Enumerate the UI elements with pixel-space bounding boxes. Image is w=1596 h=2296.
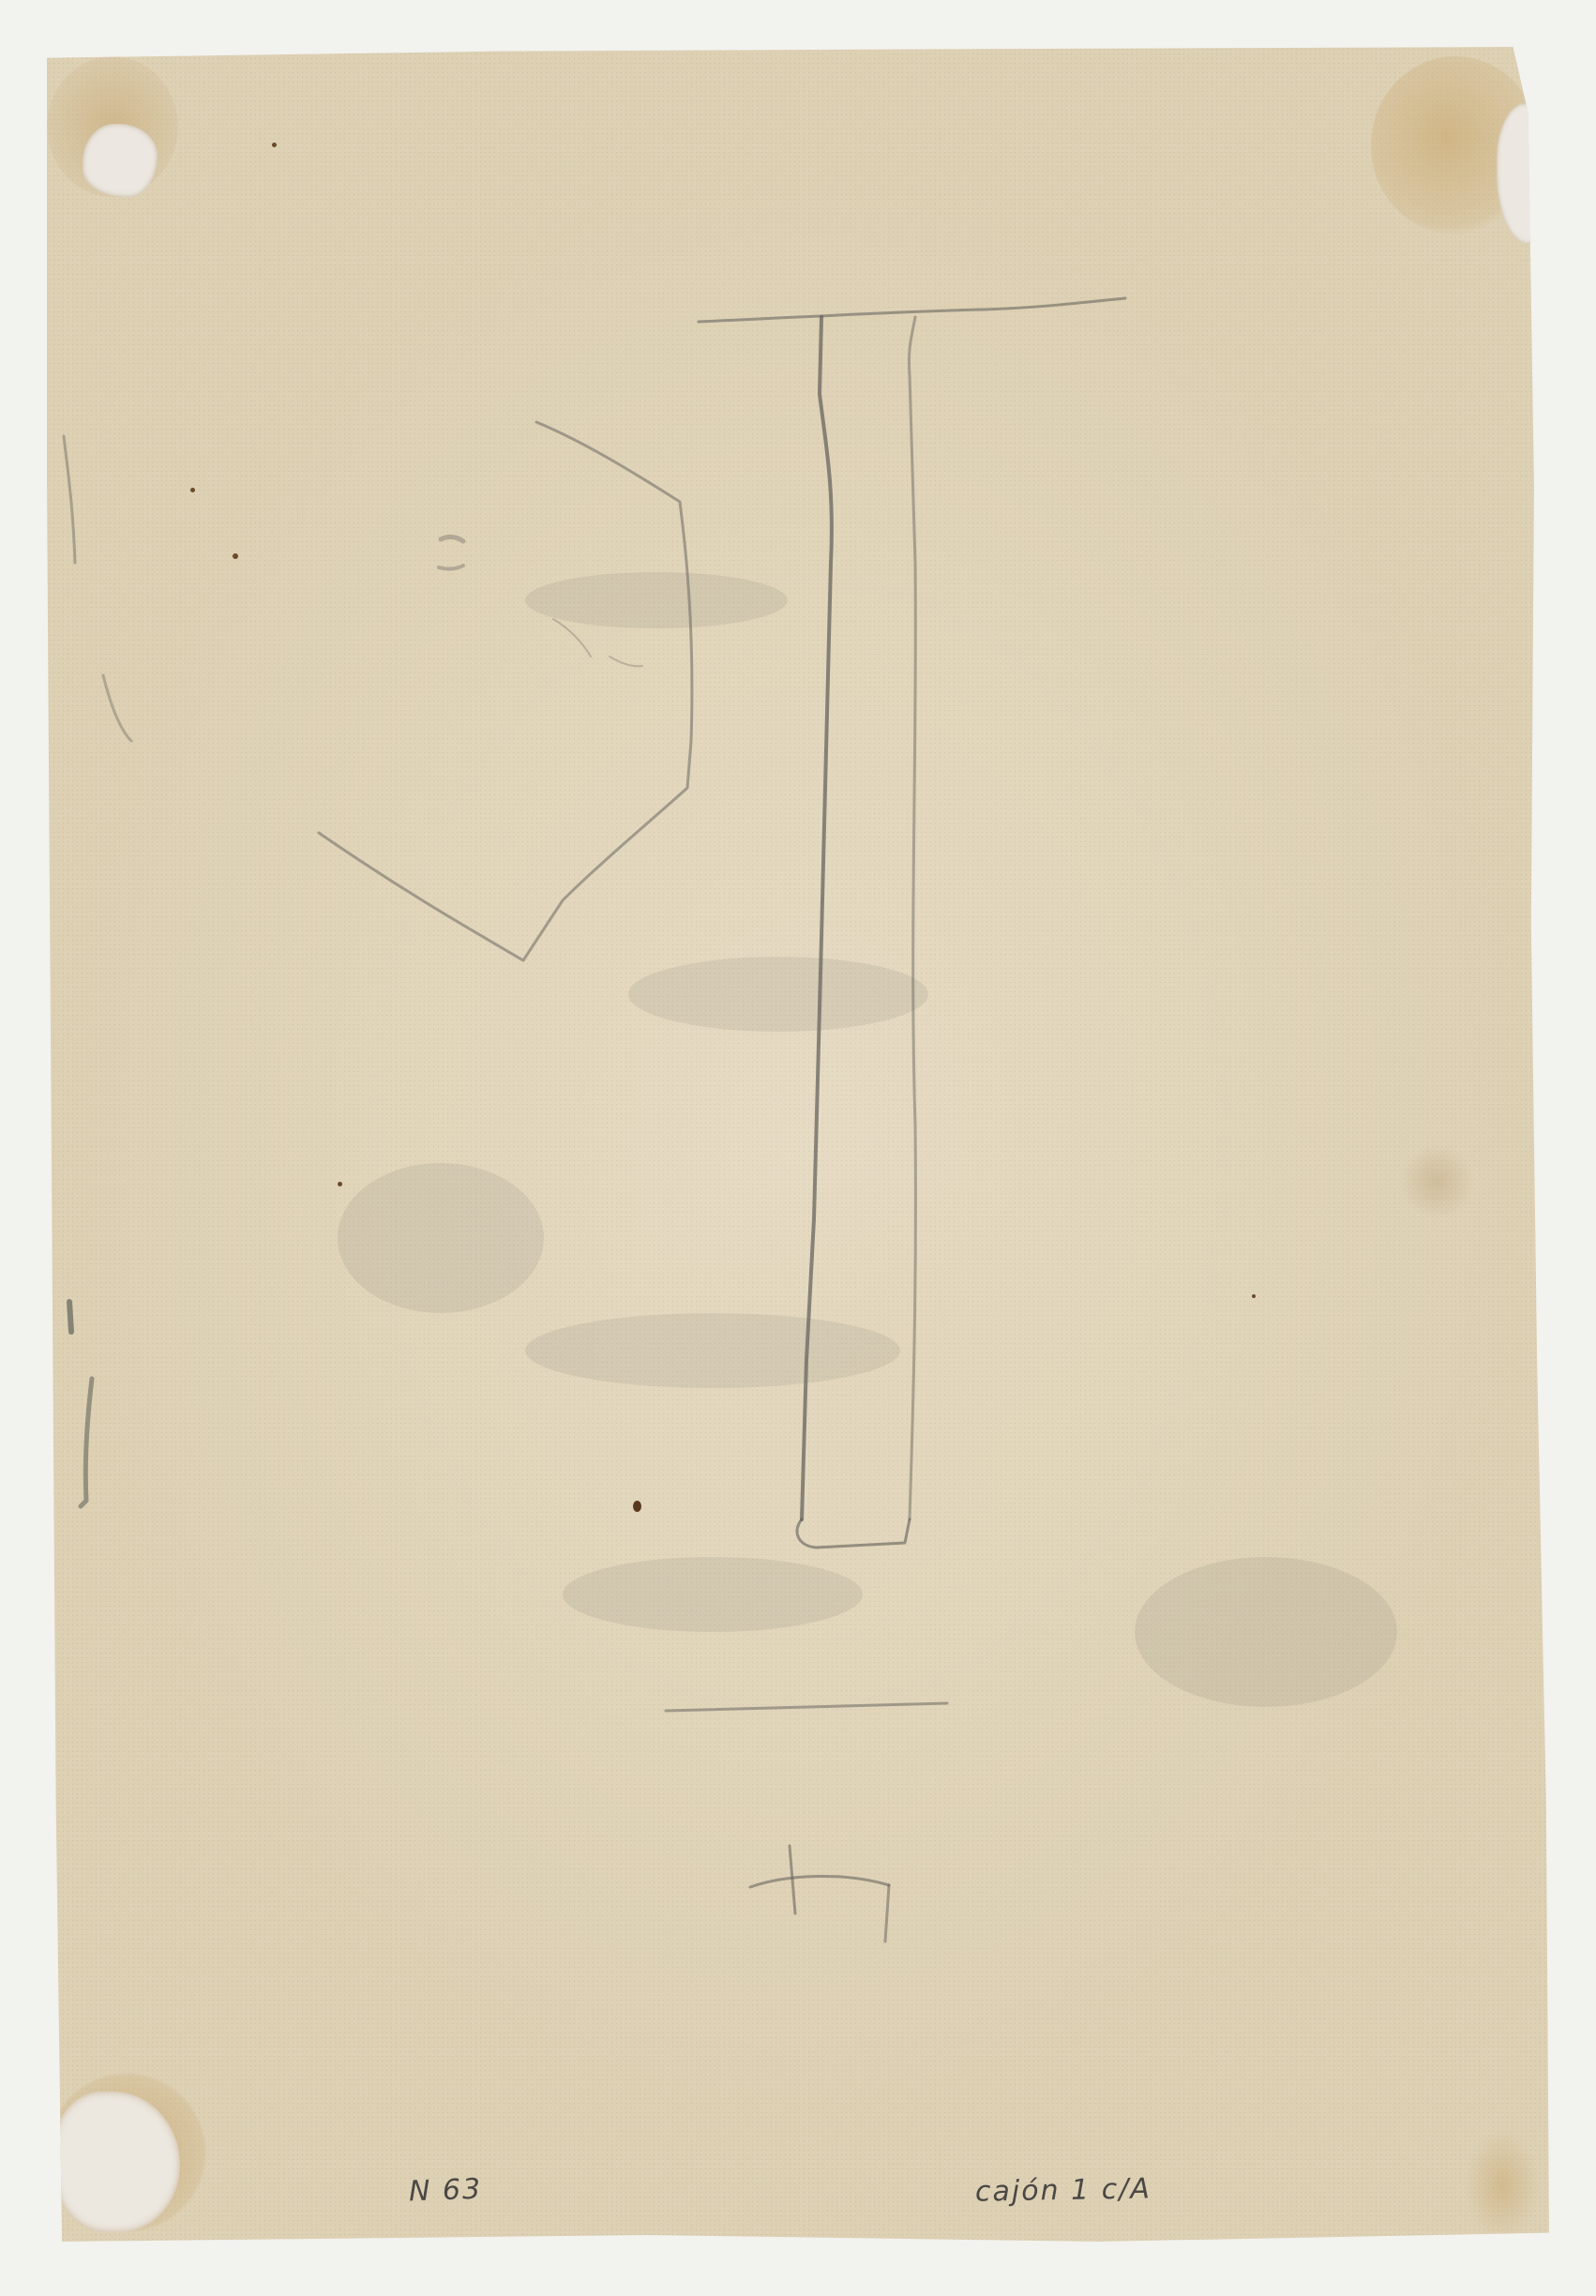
- foxing-spot: [233, 553, 238, 559]
- stain-mid-right: [1399, 1144, 1474, 1219]
- inventory-annotation: N 63: [408, 2173, 482, 2209]
- paper-loss-top-left: [83, 124, 158, 197]
- foxing-spot: [1252, 1294, 1256, 1298]
- stain-bottom-right: [1465, 2129, 1540, 2242]
- paper-sheet: [47, 47, 1549, 2242]
- location-annotation: cajón 1 c/A: [975, 2172, 1152, 2208]
- foxing-spot: [338, 1182, 342, 1186]
- paper-texture: [47, 47, 1549, 2242]
- foxing-spot: [272, 143, 277, 147]
- foxing-spot: [633, 1501, 641, 1512]
- foxing-spot: [190, 488, 195, 492]
- image-stage: N 63 cajón 1 c/A: [0, 0, 1596, 2296]
